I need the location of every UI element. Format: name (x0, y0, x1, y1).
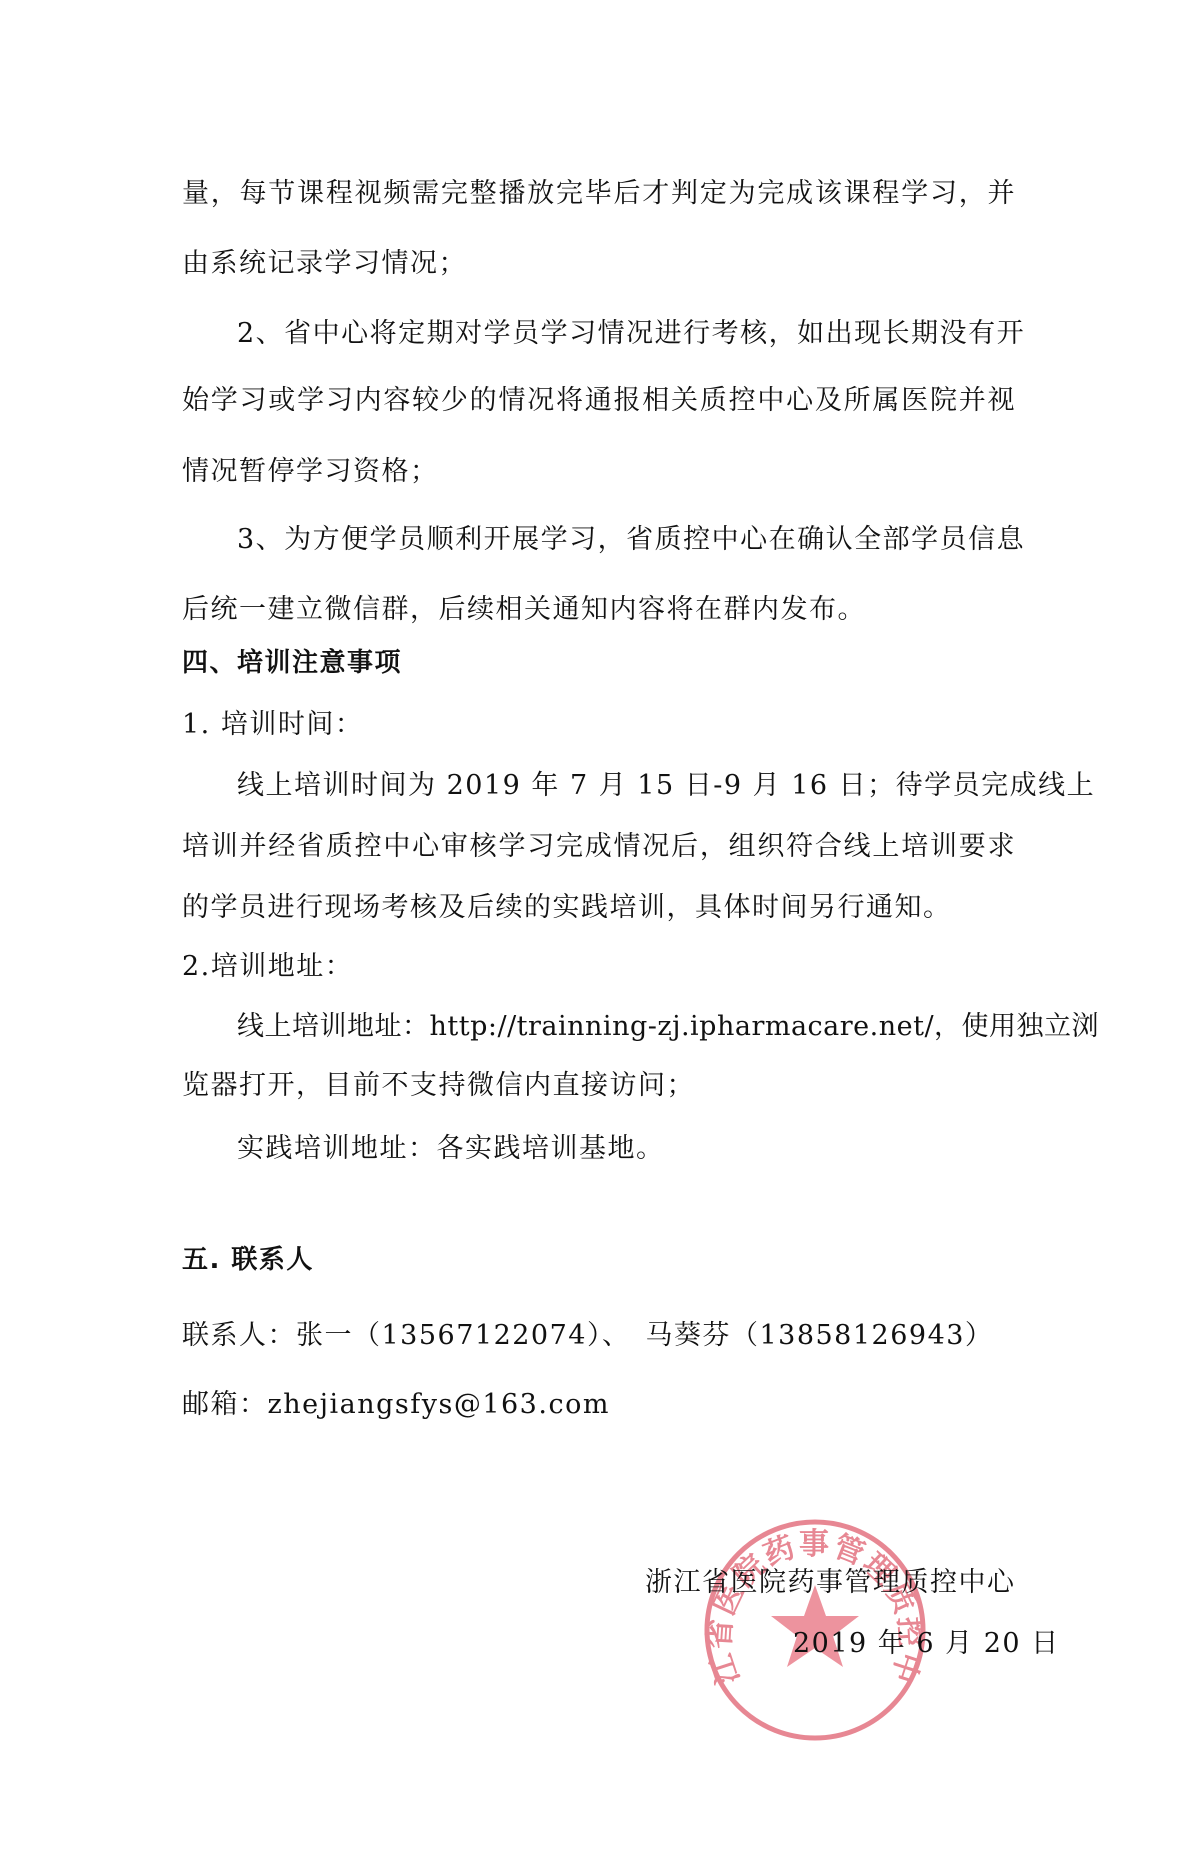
paragraph-line: 的学员进行现场考核及后续的实践培训，具体时间另行通知。 (182, 891, 1022, 925)
contacts-line: 联系人：张一（13567122074）、 马葵芬（13858126943） (182, 1319, 1022, 1353)
signature-organization: 浙江省医院药事管理质控中心 (645, 1566, 1016, 1600)
paragraph-line: 培训并经省质控中心审核学习完成情况后，组织符合线上培训要求 (182, 830, 1016, 864)
paragraph-line: 由系统记录学习情况； (182, 247, 1022, 281)
paragraph-line: 后统一建立微信群，后续相关通知内容将在群内发布。 (182, 593, 1022, 627)
paragraph-line: 线上培训时间为 2019 年 7 月 15 日-9 月 16 日；待学员完成线上 (237, 769, 1016, 803)
email-line: 邮箱：zhejiangsfys@163.com (182, 1388, 1022, 1422)
item-label-training-time: 1. 培训时间： (182, 708, 1022, 742)
online-address-line: 线上培训地址：http://trainning-zj.ipharmacare.n… (237, 1010, 1077, 1044)
section-heading-5: 五. 联系人 (182, 1243, 1022, 1277)
paragraph-line: 情况暂停学习资格； (182, 455, 1022, 489)
paragraph-line: 2、省中心将定期对学员学习情况进行考核，如出现长期没有开 (237, 317, 1016, 351)
signature-date: 2019 年 6 月 20 日 (793, 1627, 1060, 1661)
item-label-training-address: 2.培训地址： (182, 950, 1022, 984)
paragraph-line: 量，每节课程视频需完整播放完毕后才判定为完成该课程学习，并 (182, 177, 1016, 211)
paragraph-line: 览器打开，目前不支持微信内直接访问； (182, 1069, 1022, 1103)
paragraph-line: 始学习或学习内容较少的情况将通报相关质控中心及所属医院并视 (182, 384, 1016, 418)
practice-address-line: 实践培训地址：各实践培训基地。 (237, 1132, 1077, 1166)
paragraph-line: 3、为方便学员顺利开展学习，省质控中心在确认全部学员信息 (237, 523, 1016, 557)
section-heading-4: 四、培训注意事项 (182, 646, 1022, 680)
